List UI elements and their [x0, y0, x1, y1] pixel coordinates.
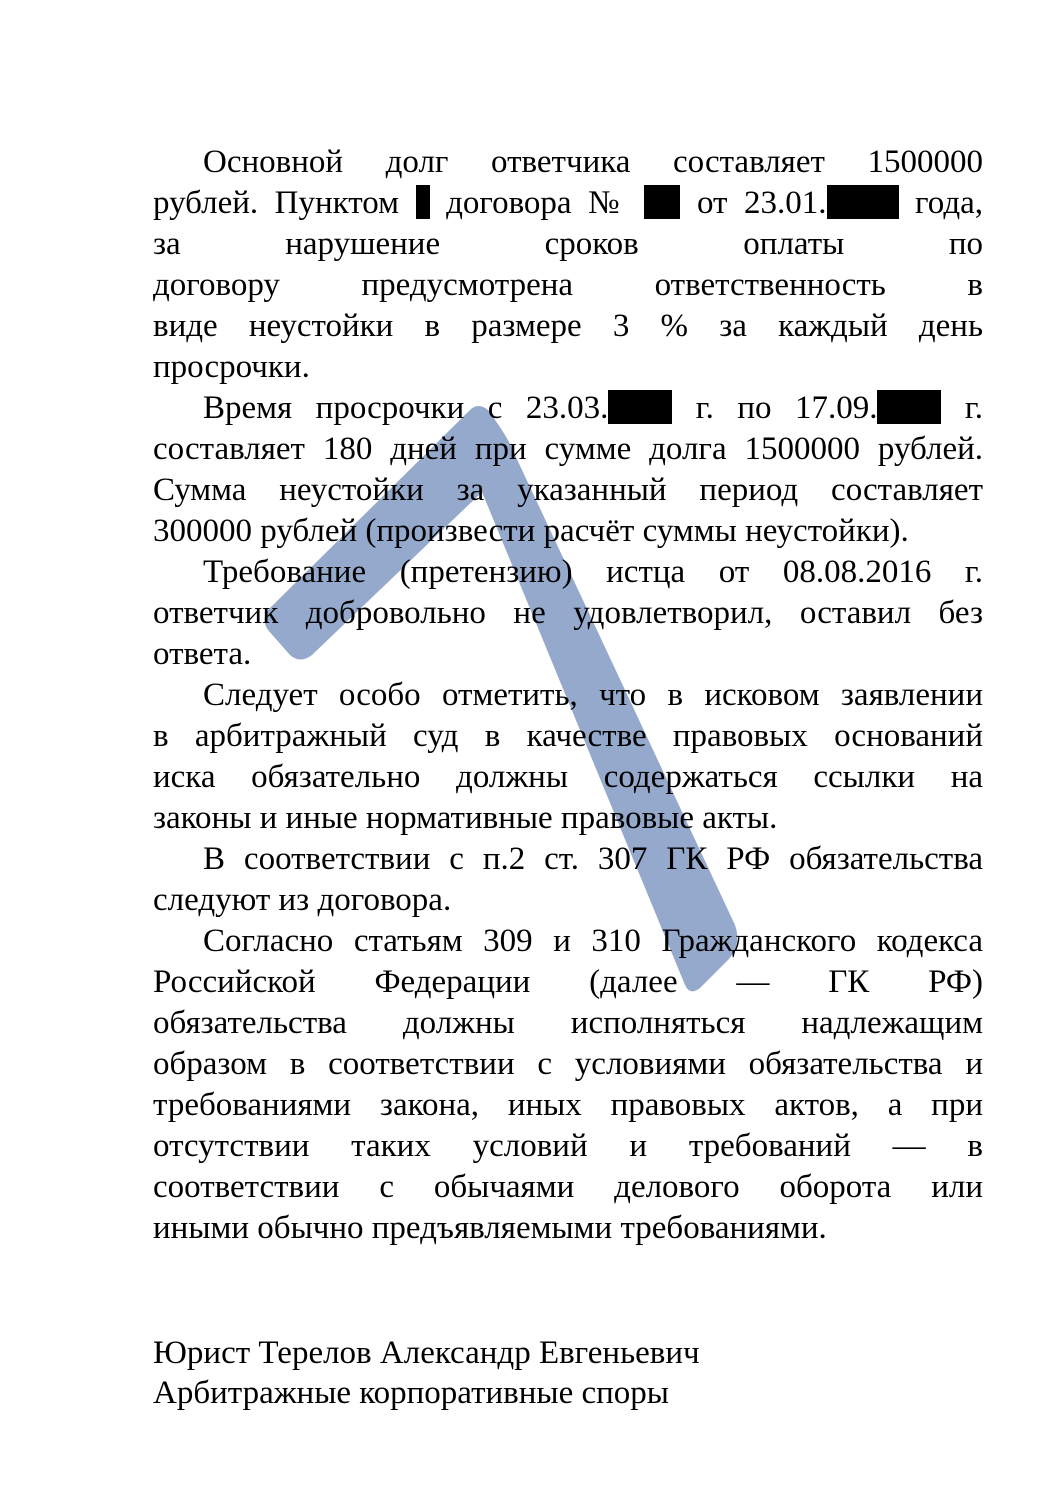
- redaction-box: [608, 390, 672, 424]
- signature-block: Юрист Терелов Александр Евгеньевич Арбит…: [153, 1333, 983, 1413]
- text-line: законы и иные нормативные правовые акты.: [153, 798, 983, 839]
- text-line: Сумма неустойки за указанный период сост…: [153, 470, 983, 511]
- text-line: образом в соответствии с условиями обяза…: [153, 1044, 983, 1085]
- text-line: ответчик добровольно не удовлетворил, ос…: [153, 593, 983, 634]
- text-line: в арбитражный суд в качестве правовых ос…: [153, 716, 983, 757]
- signature-role: Арбитражные корпоративные споры: [153, 1373, 983, 1413]
- document-page: Основной долг ответчика составляет 15000…: [0, 0, 1061, 1500]
- text-line: Требование (претензию) истца от 08.08.20…: [153, 552, 983, 593]
- text-line: Согласно статьям 309 и 310 Гражданского …: [153, 921, 983, 962]
- text-line: отсутствии таких условий и требований — …: [153, 1126, 983, 1167]
- paragraph-overdue-period: Время просрочки с 23.03. г. по 17.09. г.…: [153, 388, 983, 552]
- text-line: ответа.: [153, 634, 983, 675]
- text-line: составляет 180 дней при сумме долга 1500…: [153, 429, 983, 470]
- text-line: договору предусмотрена ответственность в: [153, 265, 983, 306]
- redaction-box: [644, 185, 680, 219]
- document-body: Основной долг ответчика составляет 15000…: [153, 142, 983, 1249]
- paragraph-legal-grounds: Следует особо отметить, что в исковом за…: [153, 675, 983, 839]
- text-line: следуют из договора.: [153, 880, 983, 921]
- text-line: Основной долг ответчика составляет 15000…: [153, 142, 983, 183]
- redaction-box: [877, 390, 941, 424]
- text-line: В соответствии с п.2 ст. 307 ГК РФ обяза…: [153, 839, 983, 880]
- paragraph-articles-309-310: Согласно статьям 309 и 310 Гражданского …: [153, 921, 983, 1249]
- text-line: 300000 рублей (произвести расчёт суммы н…: [153, 511, 983, 552]
- text-line: за нарушение сроков оплаты по: [153, 224, 983, 265]
- paragraph-article-307: В соответствии с п.2 ст. 307 ГК РФ обяза…: [153, 839, 983, 921]
- paragraph-main-debt: Основной долг ответчика составляет 15000…: [153, 142, 983, 388]
- redaction-box: [827, 185, 899, 219]
- text-line: Время просрочки с 23.03. г. по 17.09. г.: [153, 388, 983, 429]
- text-line: иными обычно предъявляемыми требованиями…: [153, 1208, 983, 1249]
- text-line: Следует особо отметить, что в исковом за…: [153, 675, 983, 716]
- signature-name: Юрист Терелов Александр Евгеньевич: [153, 1333, 983, 1373]
- text-line: соответствии с обычаями делового оборота…: [153, 1167, 983, 1208]
- text-line: рублей. Пунктом договора № от 23.01. год…: [153, 183, 983, 224]
- text-line: виде неустойки в размере 3 % за каждый д…: [153, 306, 983, 347]
- paragraph-claim: Требование (претензию) истца от 08.08.20…: [153, 552, 983, 675]
- text-line: обязательства должны исполняться надлежа…: [153, 1003, 983, 1044]
- text-line: Российской Федерации (далее — ГК РФ): [153, 962, 983, 1003]
- text-line: просрочки.: [153, 347, 983, 388]
- text-line: иска обязательно должны содержаться ссыл…: [153, 757, 983, 798]
- redaction-box: [416, 185, 430, 219]
- text-line: требованиями закона, иных правовых актов…: [153, 1085, 983, 1126]
